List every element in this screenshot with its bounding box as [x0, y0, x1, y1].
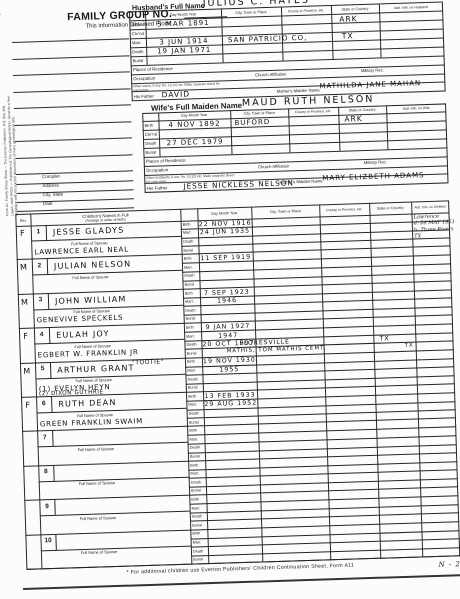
child-birth-date	[205, 426, 257, 428]
child-birth-label: Birth	[183, 222, 191, 226]
wife-church-label: Church Affiliation	[258, 163, 290, 169]
child-birth-label: Birth	[191, 497, 199, 501]
child-burial-label: Burial	[185, 282, 195, 286]
child-death-label: Death	[184, 274, 194, 278]
child-sex: M	[20, 366, 34, 375]
child-add-info: Lawrenced. 26 MAY 1951b. Three RiversTX	[413, 213, 450, 240]
child-add-info	[418, 350, 454, 351]
source-line	[12, 38, 129, 43]
child-row-line	[188, 435, 457, 444]
child-burial-label: Burial	[186, 317, 196, 321]
source-line	[13, 71, 130, 76]
form-sheet: Form A1. Family Group Sheet — The Everto…	[0, 0, 460, 599]
husband-occupation-label: Occupation	[133, 75, 155, 81]
child-spouse: GENEVIVE SPECKELS	[37, 314, 124, 325]
child-number: 10	[40, 537, 55, 544]
page-mark: N - 2	[438, 560, 460, 569]
child-number: 6	[36, 399, 51, 406]
address-label: Address	[42, 183, 59, 189]
child-row-line	[187, 427, 456, 436]
compiler-label: Compiler	[42, 174, 60, 180]
child-birth-label: Birth	[185, 291, 193, 295]
wife-christened-label: Chr'nd	[145, 131, 157, 136]
child-row-line	[182, 263, 451, 272]
child-marriage-label: Marr.	[183, 231, 192, 235]
child-burial-label: Burial	[189, 420, 199, 424]
child-row-line	[184, 306, 453, 315]
child-burial-label: Burial	[187, 351, 197, 355]
husband-church-label: Church Affiliation	[255, 71, 287, 77]
child-row-line	[189, 478, 458, 487]
child-name: JESSE GLADYS	[53, 226, 125, 237]
child-marriage-label: Marr.	[192, 506, 201, 510]
city-state-line	[17, 198, 134, 203]
child-row-line	[189, 496, 458, 505]
child-add-info	[417, 316, 453, 317]
child-number: 4	[34, 331, 49, 338]
child-death-label: Death	[193, 549, 203, 553]
child-birth-date	[208, 529, 260, 531]
child-add-info	[415, 247, 451, 248]
husband-burial-label: Burial	[132, 57, 143, 62]
child-add-info	[420, 419, 456, 420]
child-sex: F	[19, 332, 33, 341]
child-row-line	[190, 513, 459, 522]
spouse-label: Full Name of Spouse	[72, 274, 108, 280]
child-number: 5	[35, 365, 50, 372]
compiler-line	[16, 180, 133, 185]
child-sex: M	[18, 297, 32, 306]
child-sex: F	[16, 229, 30, 238]
husband-marriage-label: Marr.	[132, 39, 142, 44]
husband-death-label: Death	[132, 48, 143, 53]
child-sex: M	[17, 263, 31, 272]
child-birth-label: Birth	[190, 463, 198, 467]
spouse-label: Full Name of Spouse	[78, 446, 114, 452]
child-burial-label: Burial	[183, 248, 193, 252]
child-row-line	[187, 410, 456, 419]
child-sex: F	[21, 400, 35, 409]
child-add-info	[423, 522, 459, 523]
child-number: 7	[37, 434, 52, 441]
child-row-line	[189, 470, 458, 479]
source-line	[15, 137, 132, 142]
spouse-label: Full Name of Spouse	[80, 515, 116, 521]
husband-father-label: His Father	[134, 93, 154, 99]
child-add-info	[419, 385, 455, 386]
wife-birth-city: BUFORD	[234, 118, 270, 127]
source-line	[16, 170, 133, 175]
pencil-checkmark: ✓	[0, 12, 3, 23]
child-marriage-label: Marr.	[185, 300, 194, 304]
child-birth-label: Birth	[186, 325, 194, 329]
child-birth-label: Birth	[189, 429, 197, 433]
child-birth-date	[207, 494, 259, 496]
child-row-line	[186, 375, 455, 384]
child-birth-date	[206, 460, 258, 462]
child-add-info	[422, 488, 458, 489]
child-marriage-label: Marr.	[188, 403, 197, 407]
child-death-label: Death	[185, 308, 195, 312]
publisher-margin-text: Form A1. Family Group Sheet — The Everto…	[2, 96, 20, 216]
child-birth-label: Birth	[187, 360, 195, 364]
child-nickname: "TOOTIE"	[132, 358, 164, 366]
child-number: 8	[38, 468, 53, 475]
husband-birth-label: Birth	[131, 22, 140, 27]
source-line	[14, 104, 131, 109]
husband-marriage-state: TX	[342, 31, 354, 40]
child-burial-label: Burial	[192, 523, 202, 527]
child-marriage-label: Marr.	[186, 334, 195, 338]
child-death-label: Death	[189, 411, 199, 415]
child-number: 2	[32, 262, 47, 269]
husband-father-value: DAVID	[161, 89, 190, 99]
source-line	[12, 55, 129, 60]
child-number: 9	[39, 503, 54, 510]
child-row-line	[191, 547, 460, 556]
child-add-info	[421, 454, 457, 455]
children-rows: F 1 JESSE GLADYS Full Name of Spouse LAW…	[16, 212, 460, 569]
child-death-label: Death	[192, 514, 202, 518]
child-marriage-label: Marr.	[189, 437, 198, 441]
child-name: EULAH JOY	[56, 329, 110, 340]
child-row-line	[191, 530, 460, 539]
source-line	[16, 154, 133, 159]
child-row-line	[181, 238, 450, 247]
child-spouse: LAWRENCE EARL NEAL	[34, 245, 129, 256]
child-death-label: Death	[191, 480, 201, 484]
scanned-family-group-sheet: Form A1. Family Group Sheet — The Everto…	[0, 0, 460, 599]
child-death-label: Death	[186, 343, 196, 347]
child-name: JULIAN NELSON	[54, 260, 132, 271]
spouse-label: Full Name of Spouse	[79, 480, 115, 486]
child-burial-label: Burial	[191, 489, 201, 493]
wife-death-label: Death	[145, 140, 156, 145]
wife-military-label: Military Rec.	[364, 159, 387, 165]
child-row-line	[182, 272, 451, 281]
spouse-label: Full Name of Spouse	[81, 549, 117, 555]
child-burial-state: TX	[405, 342, 414, 348]
child-death-state: TX	[379, 334, 390, 342]
child-add-info	[416, 282, 452, 283]
wife-father-label: Her Father	[146, 185, 167, 191]
child-row-line	[188, 444, 457, 453]
child-burial-label: Burial	[193, 557, 203, 561]
child-spouse: GREEN FRANKLIN SWAIM	[40, 417, 143, 428]
child-name: ARTHUR GRANT	[57, 363, 135, 374]
child-marriage-label: Marr.	[193, 540, 202, 544]
child-marriage-label: Marr.	[190, 472, 199, 476]
wife-burial-label: Burial	[145, 149, 156, 154]
wife-occupation-label: Occupation	[146, 167, 168, 173]
child-row-line	[191, 538, 460, 547]
wife-birth-state: ARK	[344, 114, 363, 124]
city-state-label: City, State	[43, 192, 64, 198]
child-death-label: Death	[183, 239, 193, 243]
address-line	[17, 189, 134, 194]
child-birth-label: Birth	[192, 532, 200, 536]
child-spouse: EGBERT W. FRANKLIN JR	[38, 348, 139, 359]
child-marriage-label: Marr.	[184, 265, 193, 269]
child-name: JOHN WILLIAM	[55, 294, 127, 305]
child-birth-label: Birth	[188, 394, 196, 398]
child-number: 1	[31, 228, 46, 235]
date-label: Date	[43, 201, 53, 206]
source-line	[13, 88, 130, 93]
child-name: RUTH DEAN	[58, 398, 117, 409]
child-birth-label: Birth	[184, 257, 192, 261]
child-death-label: Death	[187, 377, 197, 381]
source-line	[14, 121, 131, 126]
wife-birth-label: Birth	[144, 122, 153, 127]
scan-edge-line	[23, 574, 460, 590]
child-burial-label: Burial	[190, 454, 200, 458]
husband-military-label: Military Rec.	[361, 67, 384, 73]
husband-birth-state: ARK	[339, 14, 358, 24]
child-row-line	[188, 461, 457, 470]
child-death-label: Death	[190, 446, 200, 450]
child-row-line	[190, 504, 459, 513]
children-sex-header: Sex	[15, 218, 30, 222]
child-number: 3	[33, 296, 48, 303]
husband-christened-label: Chr'nd	[132, 30, 144, 35]
child-marriage-label: Marr.	[187, 368, 196, 372]
child-burial-label: Burial	[188, 386, 198, 390]
